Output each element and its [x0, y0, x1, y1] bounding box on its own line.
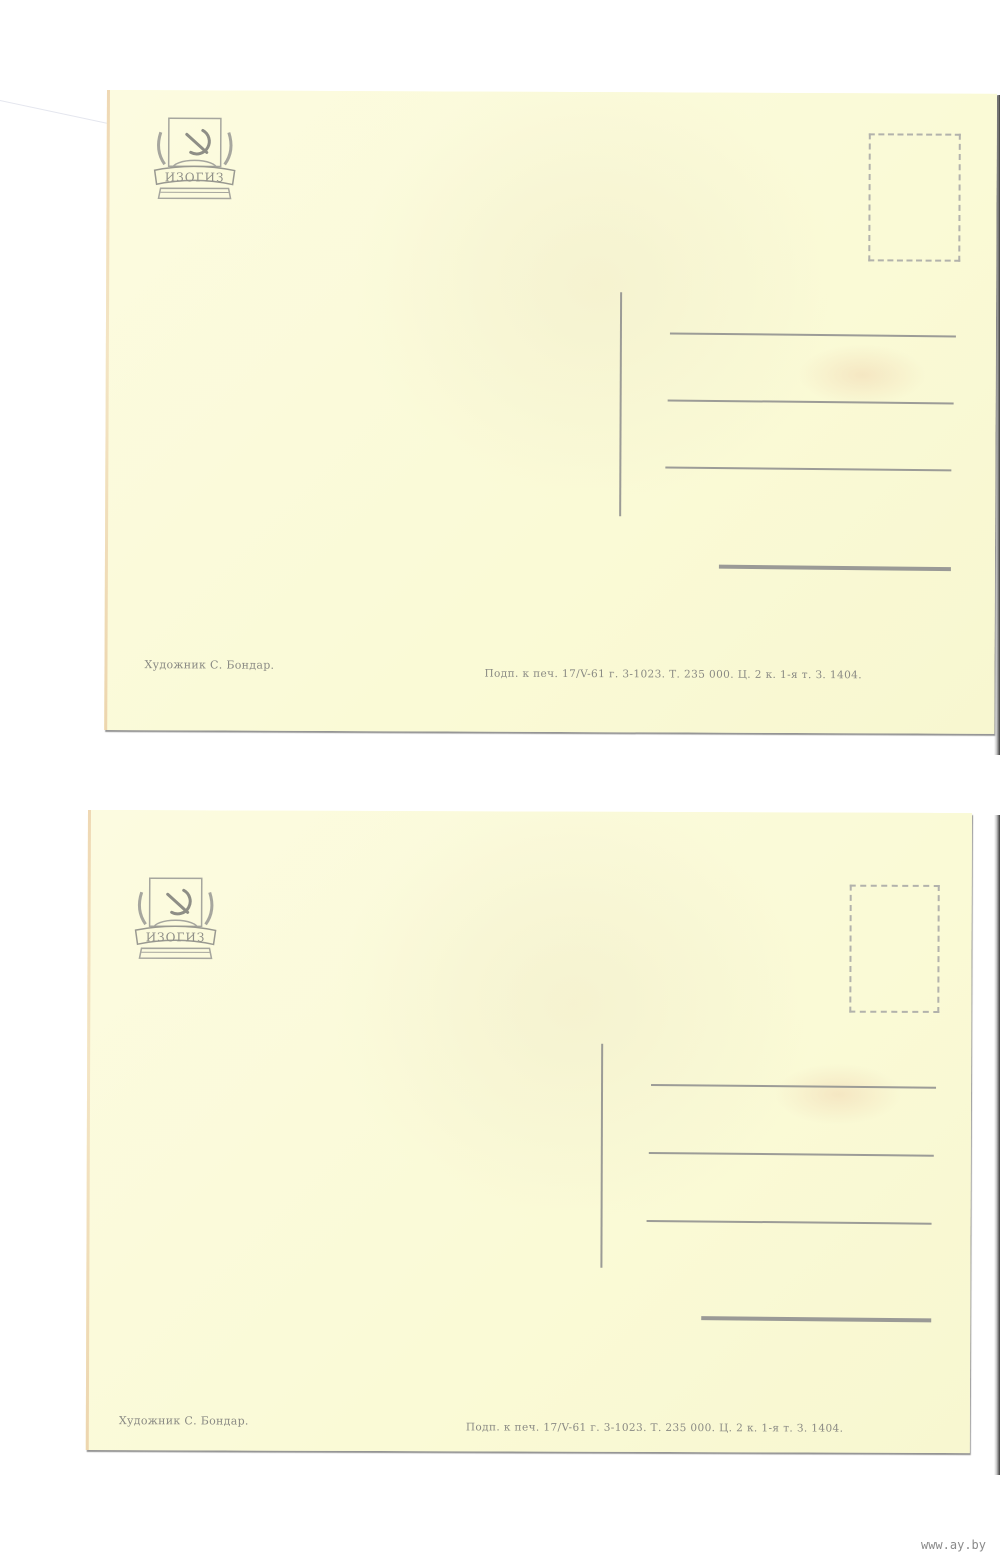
artist-credit: Художник С. Бондар. [144, 658, 274, 672]
stamp-placeholder [868, 133, 961, 261]
address-line [649, 1152, 934, 1157]
postcard-back-bottom: ИЗОГИЗ Художник С. Бондар. Подп. к печ. … [86, 810, 972, 1453]
address-line [670, 332, 956, 337]
scan-artifact-line [0, 100, 122, 127]
address-line [647, 1220, 932, 1225]
stamp-placeholder [849, 885, 939, 1013]
postcard-back-top: ИЗОГИЗ Художник С. Бондар. Подп. к печ. … [104, 90, 997, 734]
postal-code-line [701, 1316, 931, 1322]
emblem-label: ИЗОГИЗ [128, 930, 224, 944]
publisher-emblem: ИЗОГИЗ [127, 872, 223, 968]
postal-code-line [719, 565, 951, 571]
site-watermark: www.ay.by [921, 1538, 986, 1552]
publisher-emblem: ИЗОГИЗ [146, 112, 242, 208]
address-line [668, 399, 954, 404]
scan-edge-shadow [994, 815, 1000, 1475]
message-address-divider [619, 292, 622, 516]
izogiz-emblem-icon [127, 872, 223, 968]
address-line [651, 1084, 936, 1089]
address-line [665, 466, 951, 471]
izogiz-emblem-icon [146, 112, 242, 208]
print-imprint: Подп. к печ. 17/V-61 г. 3-1023. Т. 235 0… [484, 668, 862, 682]
artist-credit: Художник С. Бондар. [119, 1414, 249, 1427]
print-imprint: Подп. к печ. 17/V-61 г. 3-1023. Т. 235 0… [466, 1421, 844, 1434]
emblem-label: ИЗОГИЗ [147, 170, 243, 184]
message-address-divider [600, 1044, 603, 1268]
